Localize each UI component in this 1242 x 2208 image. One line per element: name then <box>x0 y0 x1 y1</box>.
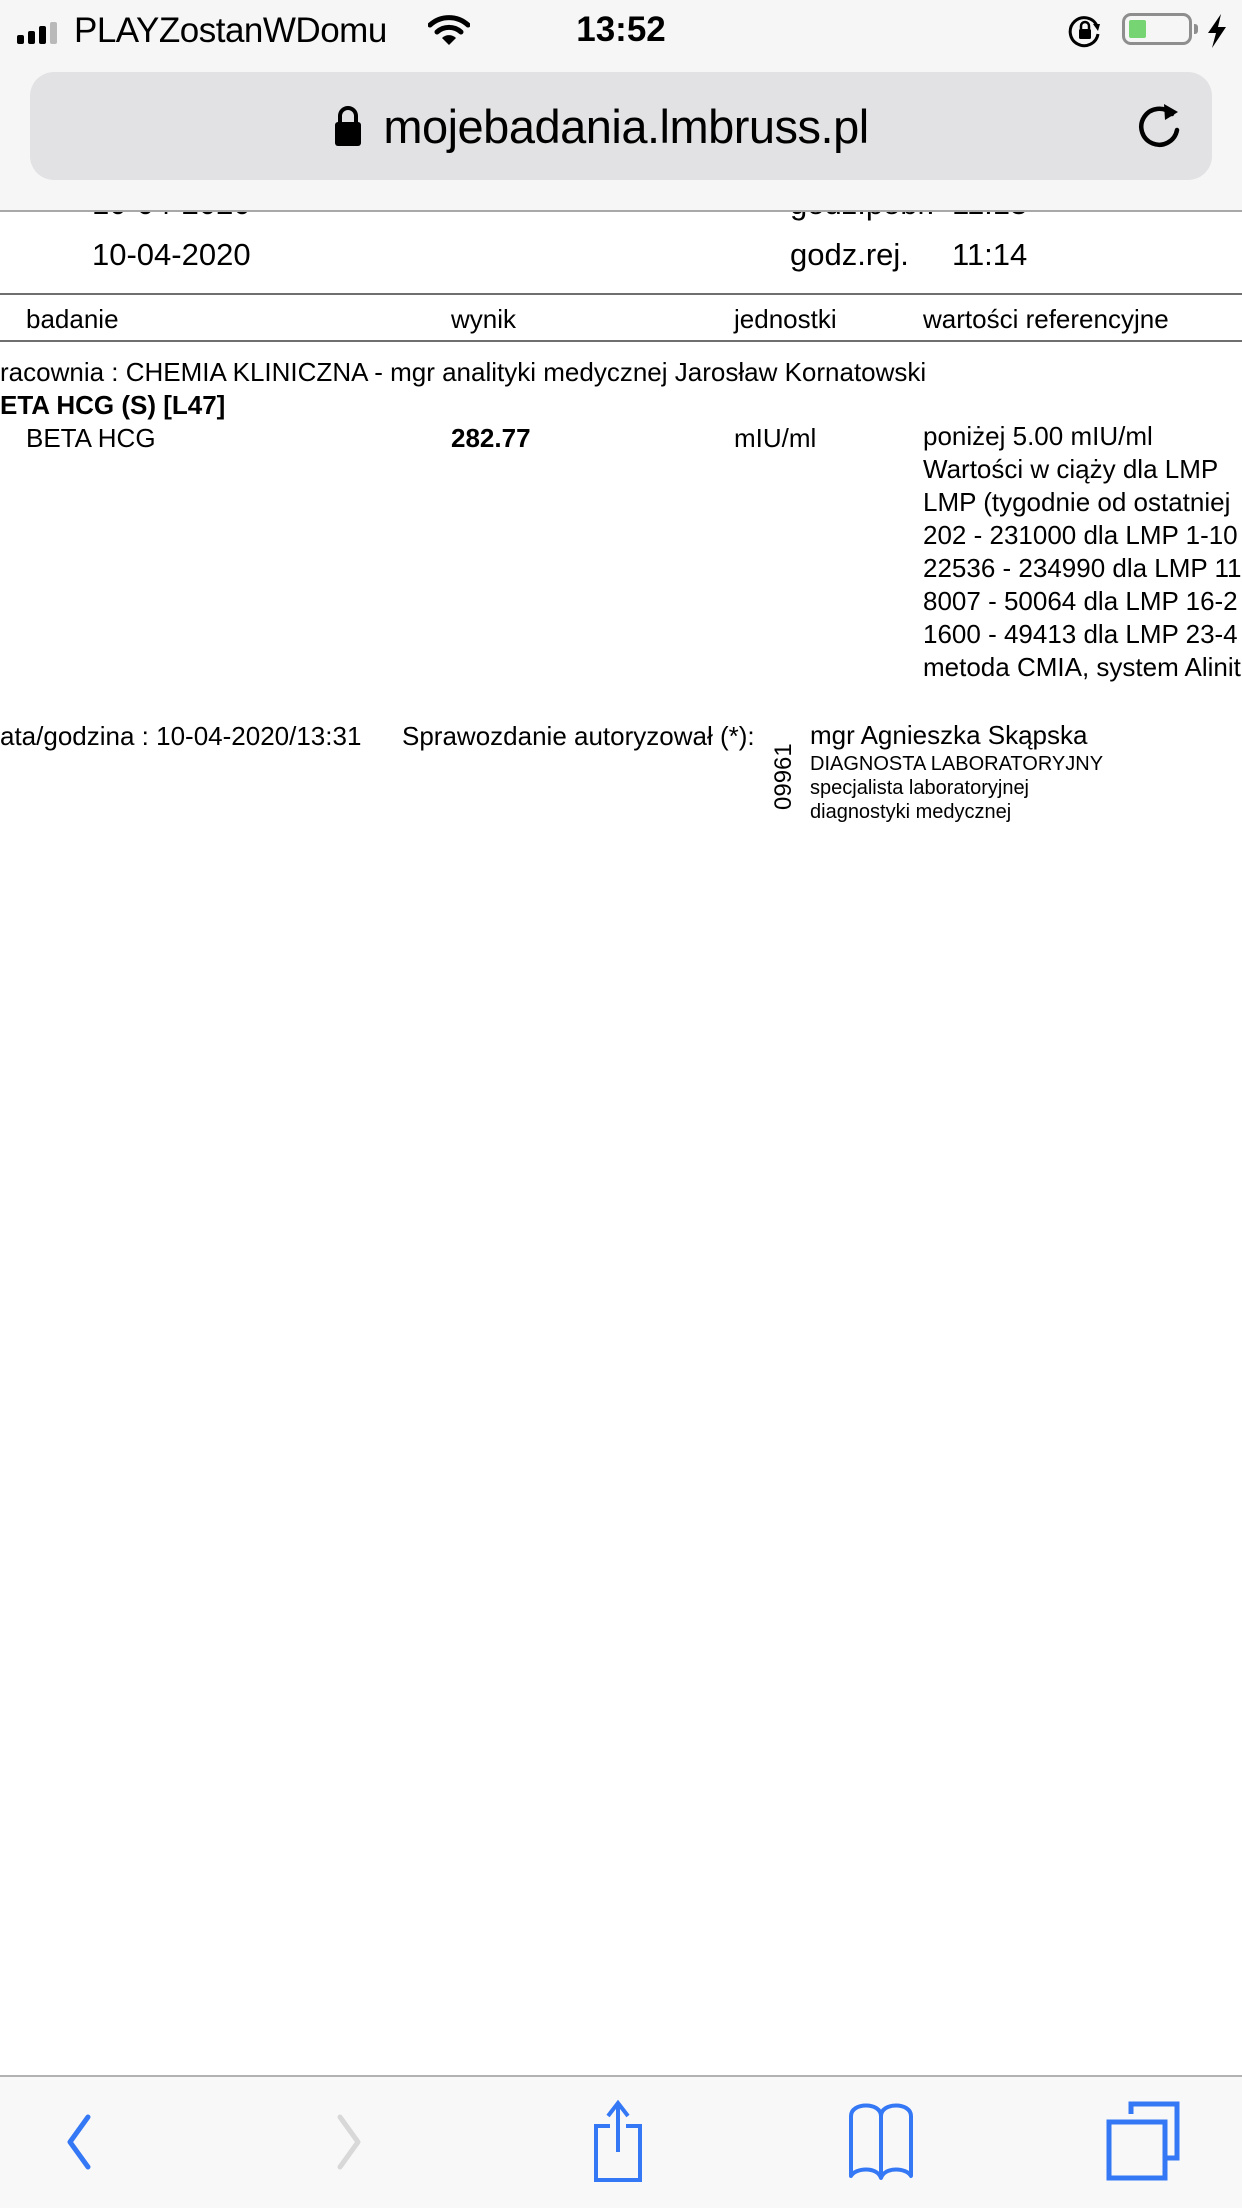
report-page: 10-04-2020 godz.pobr. 11:13 10-04-2020 g… <box>0 0 1242 2076</box>
registration-date: 10-04-2020 <box>92 237 251 273</box>
reference-line: 1600 - 49413 dla LMP 23-4 <box>923 618 1242 651</box>
column-header-units: jednostki <box>734 304 837 335</box>
reference-line: 22536 - 234990 dla LMP 11 <box>923 552 1242 585</box>
test-name: BETA HCG <box>26 423 156 454</box>
browser-top-chrome: PLAYZostanWDomu 13:52 mojebadania.lmbr <box>0 0 1242 212</box>
table-header-bottom-rule <box>0 340 1242 342</box>
reference-values: poniżej 5.00 mIU/ml Wartości w ciąży dla… <box>923 420 1242 684</box>
battery-icon <box>1122 13 1192 45</box>
reload-icon[interactable] <box>1134 100 1186 152</box>
lab-department-line: racownia : CHEMIA KLINICZNA - mgr analit… <box>0 357 926 388</box>
share-button[interactable] <box>573 2097 663 2187</box>
back-button[interactable] <box>33 2097 123 2187</box>
share-icon <box>588 2100 648 2184</box>
reference-line: LMP (tygodnie od ostatniej <box>923 486 1242 519</box>
reference-line: 202 - 231000 dla LMP 1-10 <box>923 519 1242 552</box>
authorization-datetime: ata/godzina : 10-04-2020/13:31 <box>0 721 361 752</box>
clock: 13:52 <box>0 10 1242 50</box>
registration-time-label: godz.rej. <box>790 237 909 273</box>
bookmarks-button[interactable] <box>836 2097 926 2187</box>
column-header-test: badanie <box>26 304 119 335</box>
address-bar[interactable]: mojebadania.lmbruss.pl <box>30 72 1212 180</box>
registration-time: 11:14 <box>952 237 1027 273</box>
reference-line: poniżej 5.00 mIU/ml <box>923 420 1242 453</box>
url-text[interactable]: mojebadania.lmbruss.pl <box>383 99 868 154</box>
test-result: 282.77 <box>451 423 531 454</box>
column-header-reference: wartości referencyjne <box>923 304 1169 335</box>
test-group-title: ETA HCG (S) [L47] <box>0 390 225 421</box>
signer-id: 09961 <box>770 743 798 810</box>
battery-level <box>1129 20 1146 38</box>
reference-line: metoda CMIA, system Alinit <box>923 651 1242 684</box>
reference-line: 8007 - 50064 dla LMP 16-2 <box>923 585 1242 618</box>
rotation-lock-icon <box>1068 14 1102 48</box>
battery-cap <box>1194 24 1198 34</box>
forward-button[interactable] <box>305 2097 395 2187</box>
signer-name: mgr Agnieszka Skąpska <box>810 720 1087 751</box>
chevron-right-icon <box>330 2112 370 2172</box>
browser-bottom-toolbar <box>0 2075 1242 2208</box>
signer-specialization: specjalista laboratoryjnej <box>810 777 1029 800</box>
status-bar: PLAYZostanWDomu 13:52 <box>0 0 1242 62</box>
authorized-by-label: Sprawozdanie autoryzował (*): <box>402 721 755 752</box>
table-header-top-rule <box>0 293 1242 295</box>
signer-specialization-2: diagnostyki medycznej <box>810 801 1011 824</box>
book-icon <box>841 2102 921 2182</box>
tabs-button[interactable] <box>1100 2097 1190 2187</box>
signer-title: DIAGNOSTA LABORATORYJNY <box>810 753 1103 776</box>
charging-bolt-icon <box>1206 14 1228 48</box>
column-header-result: wynik <box>451 304 516 335</box>
tabs-icon <box>1103 2100 1187 2184</box>
chevron-left-icon <box>58 2112 98 2172</box>
reference-line: Wartości w ciąży dla LMP <box>923 453 1242 486</box>
test-units: mIU/ml <box>734 423 816 454</box>
lock-icon <box>333 105 363 147</box>
